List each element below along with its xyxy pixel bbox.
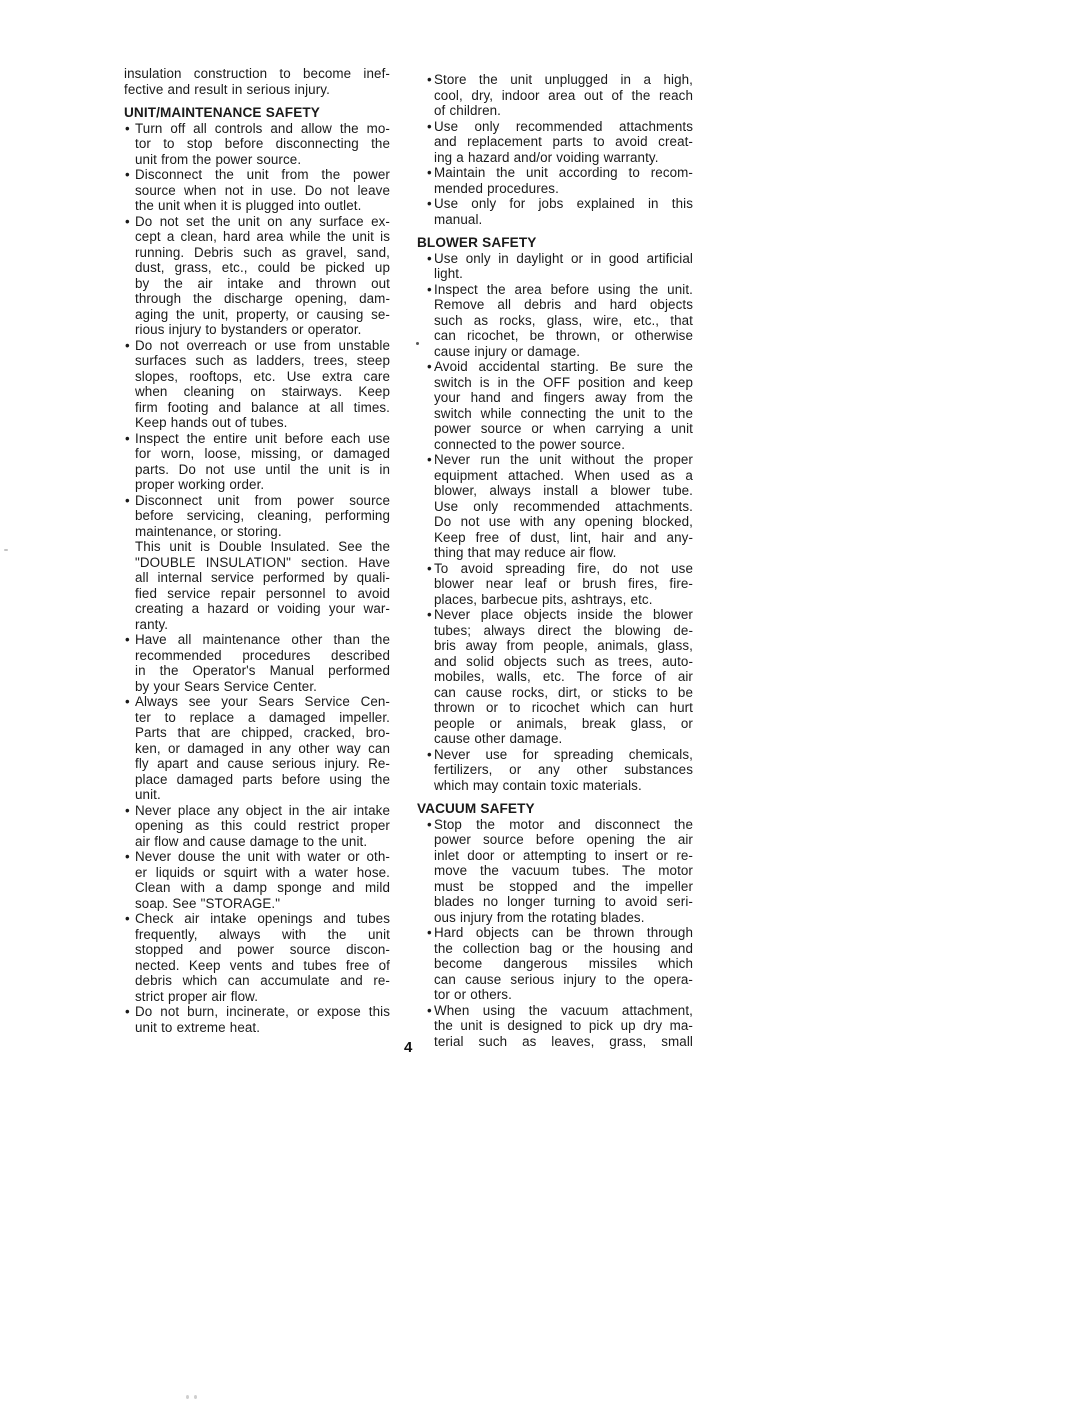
bullet-item: •Always see your Sears Service Cen-ter t… [124,694,390,803]
bullet-item: •Avoid accidental starting. Be sure thes… [417,359,693,452]
bullet-marker-icon: • [125,694,130,710]
text-line: air flow and cause damage to the unit. [135,834,390,850]
bullet-item: •Do not burn, incinerate, or expose this… [124,1004,390,1035]
text-line: must be stopped and the impeller [434,879,693,895]
text-line: by your Sears Service Center. [135,679,390,695]
bullet-item: •Turn off all controls and allow the mo-… [124,121,390,168]
text-line: Stop the motor and disconnect the [434,817,693,833]
bullet-marker-icon: • [427,452,432,468]
bullet-marker-icon: • [125,1004,130,1020]
section-heading: BLOWER SAFETY [417,235,693,251]
scan-artifact [186,1395,189,1399]
bullet-item: •Use only recommended attachmentsand rep… [417,119,693,166]
text-line: tor to stop before disconnecting the [135,136,390,152]
bullet-marker-icon: • [427,561,432,577]
text-line: ken, or damaged in any other way can [135,741,390,757]
bullet-item: •Never place any object in the air intak… [124,803,390,850]
bullet-item: •Never douse the unit with water or oth-… [124,849,390,911]
text-line: Never use for spreading chemicals, [434,747,693,763]
scan-artifact [416,342,419,345]
bullet-marker-icon: • [427,925,432,941]
text-line: fly apart and cause serious injury. Re- [135,756,390,772]
text-line: ous injury from the rotating blades. [434,910,693,926]
text-line: VACUUM SAFETY [417,801,693,817]
text-line: the collection bag or the housing and [434,941,693,957]
text-line: fied service repair personnel to avoid [135,586,390,602]
bullet-item: •Check air intake openings and tubesfreq… [124,911,390,1004]
scan-artifact [194,1395,197,1399]
bullet-item: •Disconnect the unit from the powersourc… [124,167,390,214]
text-line: surfaces such as ladders, trees, steep [135,353,390,369]
text-line: Keep hands out of tubes. [135,415,390,431]
text-line: stopped and power source discon- [135,942,390,958]
bullet-item: •Use only for jobs explained in thismanu… [417,196,693,227]
bullet-marker-icon: • [427,72,432,88]
text-line: tor or others. [434,987,693,1003]
text-line: opening as this could restrict proper [135,818,390,834]
bullet-item: •Never run the unit without the propereq… [417,452,693,561]
text-line: Do not burn, incinerate, or expose this [135,1004,390,1020]
text-line: UNIT/MAINTENANCE SAFETY [124,105,390,121]
text-line: for worn, loose, missing, or damaged [135,446,390,462]
text-line: Turn off all controls and allow the mo- [135,121,390,137]
text-line: Do not use with any opening blocked, [434,514,693,530]
bullet-item: •Never use for spreading chemicals,ferti… [417,747,693,794]
bullet-item: •Inspect the area before using the unit.… [417,282,693,360]
bullet-item: •Do not set the unit on any surface ex-c… [124,214,390,338]
document-page: insulation construction to become inef-f… [0,0,1080,1402]
text-line: dust, grass, etc., could be picked up [135,260,390,276]
text-line: Hard objects can be thrown through [434,925,693,941]
text-line: mended procedures. [434,181,693,197]
text-line: inlet door or attempting to insert or re… [434,848,693,864]
bullet-marker-icon: • [125,431,130,447]
text-line: This unit is Double Insulated. See the [135,539,390,555]
text-line: of children. [434,103,693,119]
text-line: Avoid accidental starting. Be sure the [434,359,693,375]
text-line: bris away from people, animals, glass, [434,638,693,654]
bullet-item: •Use only in daylight or in good artific… [417,251,693,282]
bullet-marker-icon: • [427,196,432,212]
text-line: connected to the power source. [434,437,693,453]
text-line: Check air intake openings and tubes [135,911,390,927]
text-line: slopes, rooftops, etc. Use extra care [135,369,390,385]
text-line: such as rocks, glass, wire, etc., that [434,313,693,329]
bullet-marker-icon: • [427,165,432,181]
paragraph: insulation construction to become inef-f… [124,66,390,97]
text-line: rious injury to bystanders or operator. [135,322,390,338]
text-line: the unit is designed to pick up dry ma- [434,1018,693,1034]
text-line: Maintain the unit according to recom- [434,165,693,181]
bullet-marker-icon: • [125,338,130,354]
text-line: ranty. [135,617,390,633]
text-line: become dangerous missiles which [434,956,693,972]
text-line: the unit when it is plugged into outlet. [135,198,390,214]
text-line: equipment attached. When used as a [434,468,693,484]
bullet-marker-icon: • [125,849,130,865]
text-line: Never place any object in the air intake [135,803,390,819]
bullet-item: •Hard objects can be thrown throughthe c… [417,925,693,1003]
text-line: debris which can accumulate and re- [135,973,390,989]
text-line: fective and result in serious injury. [124,82,390,98]
text-line: maintenance, or storing. [135,524,390,540]
bullet-marker-icon: • [427,119,432,135]
text-line: tubes; always direct the blowing de- [434,623,693,639]
text-line: unit from the power source. [135,152,390,168]
text-line: running. Debris such as gravel, sand, [135,245,390,261]
text-line: can ricochet, be thrown, or otherwise [434,328,693,344]
text-line: recommended procedures described [135,648,390,664]
bullet-marker-icon: • [125,121,130,137]
text-line: firm footing and balance at all times. [135,400,390,416]
bullet-item: •Store the unit unplugged in a high,cool… [417,72,693,119]
page-number: 4 [404,1039,412,1056]
bullet-item: •To avoid spreading fire, do not useblow… [417,561,693,608]
bullet-item: •Stop the motor and disconnect thepower … [417,817,693,926]
text-line: blower near leaf or brush fires, fire- [434,576,693,592]
text-line: Disconnect the unit from the power [135,167,390,183]
text-line: power source or when carrying a unit [434,421,693,437]
text-line: power source before opening the air [434,832,693,848]
text-line: blower, always install a blower tube. [434,483,693,499]
text-line: Always see your Sears Service Cen- [135,694,390,710]
right-column: •Store the unit unplugged in a high,cool… [417,72,693,1049]
text-line: cept a clean, hard area while the unit i… [135,229,390,245]
text-line: can cause rocks, dirt, or sticks to be [434,685,693,701]
text-line: Store the unit unplugged in a high, [434,72,693,88]
text-line: cool, dry, indoor area out of the reach [434,88,693,104]
section-heading: UNIT/MAINTENANCE SAFETY [124,105,390,121]
text-line: er liquids or squirt with a water hose. [135,865,390,881]
text-line: unit. [135,787,390,803]
text-line: manual. [434,212,693,228]
text-line: Never douse the unit with water or oth- [135,849,390,865]
text-line: and replacement parts to avoid creat- [434,134,693,150]
text-line: source when not in use. Do not leave [135,183,390,199]
bullet-marker-icon: • [427,817,432,833]
text-line: nected. Keep vents and tubes free of [135,958,390,974]
bullet-marker-icon: • [125,803,130,819]
text-line: proper working order. [135,477,390,493]
bullet-marker-icon: • [125,911,130,927]
bullet-item: •Maintain the unit according to recom-me… [417,165,693,196]
text-line: Use only recommended attachments. [434,499,693,515]
text-line: blades no longer turning to avoid seri- [434,894,693,910]
text-line: Inspect the area before using the unit. [434,282,693,298]
left-column: insulation construction to become inef-f… [124,66,390,1035]
text-line: Use only in daylight or in good artifici… [434,251,693,267]
bullet-marker-icon: • [125,214,130,230]
text-line: mobiles, walls, etc. The force of air [434,669,693,685]
bullet-marker-icon: • [125,632,130,648]
text-line: ter to replace a damaged impeller. [135,710,390,726]
bullet-marker-icon: • [427,282,432,298]
bullet-item: •Have all maintenance other than thereco… [124,632,390,694]
text-line: by the air intake and thrown out [135,276,390,292]
bullet-marker-icon: • [427,607,432,623]
text-line: Never run the unit without the proper [434,452,693,468]
section-heading: VACUUM SAFETY [417,801,693,817]
text-line: all internal service performed by quali- [135,570,390,586]
bullet-item: •Do not overreach or use from unstablesu… [124,338,390,431]
text-line: frequently, always with the unit [135,927,390,943]
text-line: move the vacuum tubes. The motor [434,863,693,879]
text-line: Remove all debris and hard objects [434,297,693,313]
text-line: To avoid spreading fire, do not use [434,561,693,577]
text-line: Clean with a damp sponge and mild [135,880,390,896]
text-line: before servicing, cleaning, performing [135,508,390,524]
bullet-marker-icon: • [427,359,432,375]
text-line: Have all maintenance other than the [135,632,390,648]
bullet-item: •Inspect the entire unit before each use… [124,431,390,493]
text-line: cause other damage. [434,731,693,747]
bullet-marker-icon: • [427,747,432,763]
text-line: ing a hazard and/or voiding warranty. [434,150,693,166]
text-line: when cleaning on stairways. Keep [135,384,390,400]
text-line: Do not overreach or use from unstable [135,338,390,354]
text-line: Do not set the unit on any surface ex- [135,214,390,230]
text-line: switch while connecting the unit to the [434,406,693,422]
text-line: which may contain toxic materials. [434,778,693,794]
text-line: soap. See "STORAGE." [135,896,390,912]
text-line: creating a hazard or voiding your war- [135,601,390,617]
text-line: Keep free of dust, lint, hair and any- [434,530,693,546]
text-line: thing that may reduce air flow. [434,545,693,561]
text-line: Never place objects inside the blower [434,607,693,623]
text-line: Use only for jobs explained in this [434,196,693,212]
text-line: Inspect the entire unit before each use [135,431,390,447]
text-line: people or animals, break glass, or [434,716,693,732]
bullet-item: •Disconnect unit from power sourcebefore… [124,493,390,540]
text-line: aging the unit, property, or causing se- [135,307,390,323]
text-line: unit to extreme heat. [135,1020,390,1036]
text-line: place damaged parts before using the [135,772,390,788]
text-line: Parts that are chipped, cracked, bro- [135,725,390,741]
text-line: strict proper air flow. [135,989,390,1005]
text-line: and solid objects such as trees, auto- [434,654,693,670]
bullet-marker-icon: • [125,167,130,183]
bullet-item: •When using the vacuum attachment,the un… [417,1003,693,1050]
text-line: When using the vacuum attachment, [434,1003,693,1019]
bullet-marker-icon: • [427,251,432,267]
text-line: Use only recommended attachments [434,119,693,135]
scan-artifact [4,549,8,551]
text-line: your hand and fingers away from the [434,390,693,406]
text-line: fertilizers, or any other substances [434,762,693,778]
bullet-marker-icon: • [125,493,130,509]
paragraph: This unit is Double Insulated. See the"D… [124,539,390,632]
text-line: cause injury or damage. [434,344,693,360]
text-line: parts. Do not use until the unit is in [135,462,390,478]
text-line: places, barbecue pits, ashtrays, etc. [434,592,693,608]
bullet-item: •Never place objects inside the blowertu… [417,607,693,747]
text-line: insulation construction to become inef- [124,66,390,82]
text-line: thrown or to ricochet which can hurt [434,700,693,716]
text-line: "DOUBLE INSULATION" section. Have [135,555,390,571]
text-line: through the discharge opening, dam- [135,291,390,307]
text-line: Disconnect unit from power source [135,493,390,509]
bullet-marker-icon: • [427,1003,432,1019]
text-line: BLOWER SAFETY [417,235,693,251]
text-line: in the Operator's Manual performed [135,663,390,679]
text-line: switch is in the OFF position and keep [434,375,693,391]
text-line: can cause serious injury to the opera- [434,972,693,988]
text-line: light. [434,266,693,282]
text-line: terial such as leaves, grass, small [434,1034,693,1050]
